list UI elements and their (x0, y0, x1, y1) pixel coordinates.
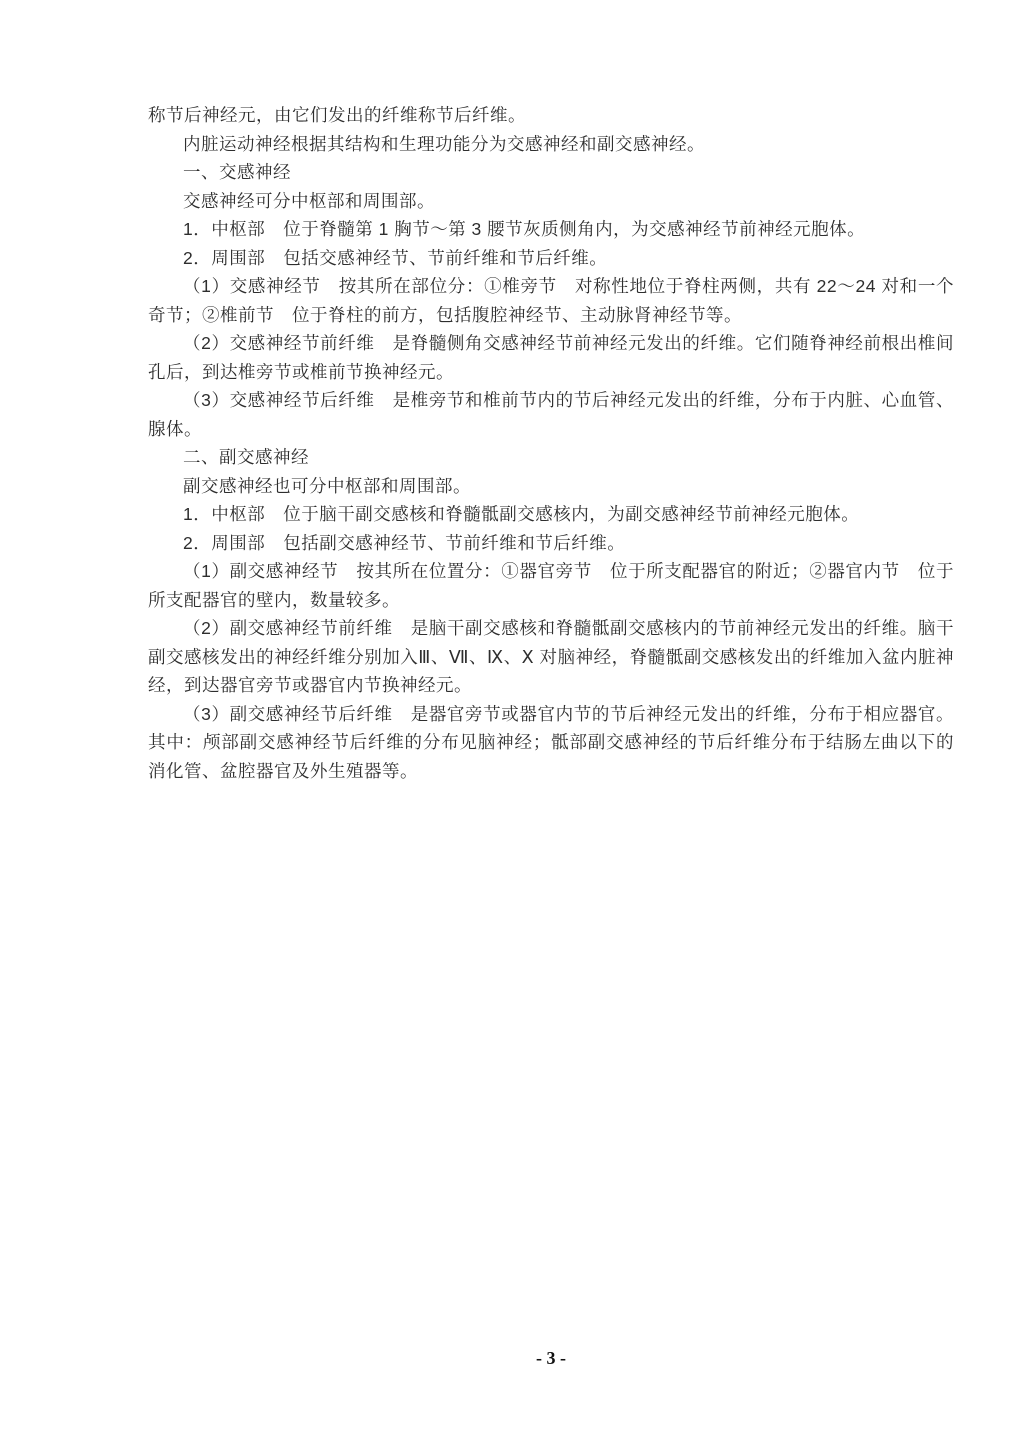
paragraph: 副交感神经也可分中枢部和周围部。 (148, 472, 954, 501)
paragraph: 交感神经可分中枢部和周围部。 (148, 187, 954, 216)
section-heading-sympathetic: 一、交感神经 (148, 158, 954, 187)
paragraph-continuation: 称节后神经元，由它们发出的纤维称节后纤维。 (148, 101, 954, 130)
paragraph: 2．周围部 包括交感神经节、节前纤维和节后纤维。 (148, 244, 954, 273)
section-heading-parasympathetic: 二、副交感神经 (148, 443, 954, 472)
paragraph: （1）交感神经节 按其所在部位分：①椎旁节 对称性地位于脊柱两侧，共有 22～2… (148, 272, 954, 329)
paragraph: 1．中枢部 位于脊髓第 1 胸节～第 3 腰节灰质侧角内，为交感神经节前神经元胞… (148, 215, 954, 244)
paragraph: （1）副交感神经节 按其所在位置分：①器官旁节 位于所支配器官的附近；②器官内节… (148, 557, 954, 614)
paragraph: 1．中枢部 位于脑干副交感核和脊髓骶副交感核内，为副交感神经节前神经元胞体。 (148, 500, 954, 529)
text-block: 称节后神经元，由它们发出的纤维称节后纤维。 内脏运动神经根据其结构和生理功能分为… (148, 101, 954, 785)
paragraph: 2．周围部 包括副交感神经节、节前纤维和节后纤维。 (148, 529, 954, 558)
paragraph: （3）副交感神经节后纤维 是器官旁节或器官内节的节后神经元发出的纤维，分布于相应… (148, 700, 954, 786)
paragraph: （2）副交感神经节前纤维 是脑干副交感核和脊髓骶副交感核内的节前神经元发出的纤维… (148, 614, 954, 700)
page-number: - 3 - (148, 1348, 954, 1369)
paragraph: 内脏运动神经根据其结构和生理功能分为交感神经和副交感神经。 (148, 130, 954, 159)
paragraph: （2）交感神经节前纤维 是脊髓侧角交感神经节前神经元发出的纤维。它们随脊神经前根… (148, 329, 954, 386)
paragraph: （3）交感神经节后纤维 是椎旁节和椎前节内的节后神经元发出的纤维，分布于内脏、心… (148, 386, 954, 443)
document-page: 称节后神经元，由它们发出的纤维称节后纤维。 内脏运动神经根据其结构和生理功能分为… (0, 0, 1024, 1450)
